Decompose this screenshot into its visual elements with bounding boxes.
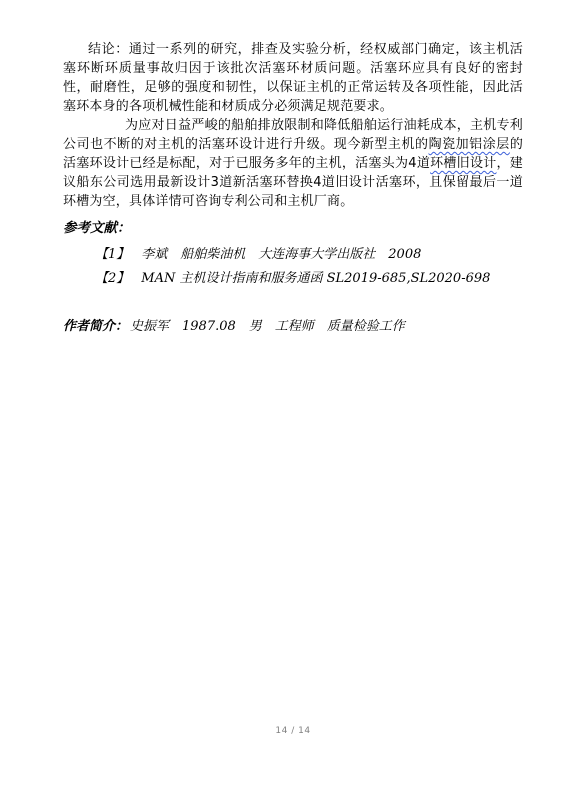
page-number: 14 / 14 [0,726,586,737]
reference-number: 【2】 [95,271,129,286]
reference-item: 【2】MAN 主机设计指南和服务通函 SL2019-685,SL2020-698 [95,269,523,288]
author-bio: 作者简介：史振军 1987.08 男 工程师 质量检验工作 [63,317,523,336]
author-bio-text: 史振军 1987.08 男 工程师 质量检验工作 [130,319,405,334]
references-heading: 参考文献： [63,219,523,238]
reference-text: MAN 主机设计指南和服务通函 SL2019-685,SL2020-698 [141,271,490,286]
document-page: 结论：通过一系列的研究，排查及实验分析，经权威部门确定，该主机活塞环断环质量事故… [0,0,586,789]
reference-item: 【1】李斌 船舶柴油机 大连海事大学出版社 2008 [95,245,523,264]
upgrade-paragraph: 为应对日益严峻的船舶排放限制和降低船舶运行油耗成本，主机专利公司也不断的对主机的… [63,116,523,211]
conclusion-paragraph: 结论：通过一系列的研究，排查及实验分析，经权威部门确定，该主机活塞环断环质量事故… [63,40,523,116]
author-bio-label: 作者简介： [63,319,128,334]
reference-text: 李斌 船舶柴油机 大连海事大学出版社 2008 [141,247,421,262]
document-body: 结论：通过一系列的研究，排查及实验分析，经权威部门确定，该主机活塞环断环质量事故… [63,40,523,336]
reference-number: 【1】 [95,247,129,262]
spellcheck-flagged-text: 陶瓷加铝涂层 [429,137,510,152]
spellcheck-flagged-text: 环槽旧设计 [430,156,496,171]
